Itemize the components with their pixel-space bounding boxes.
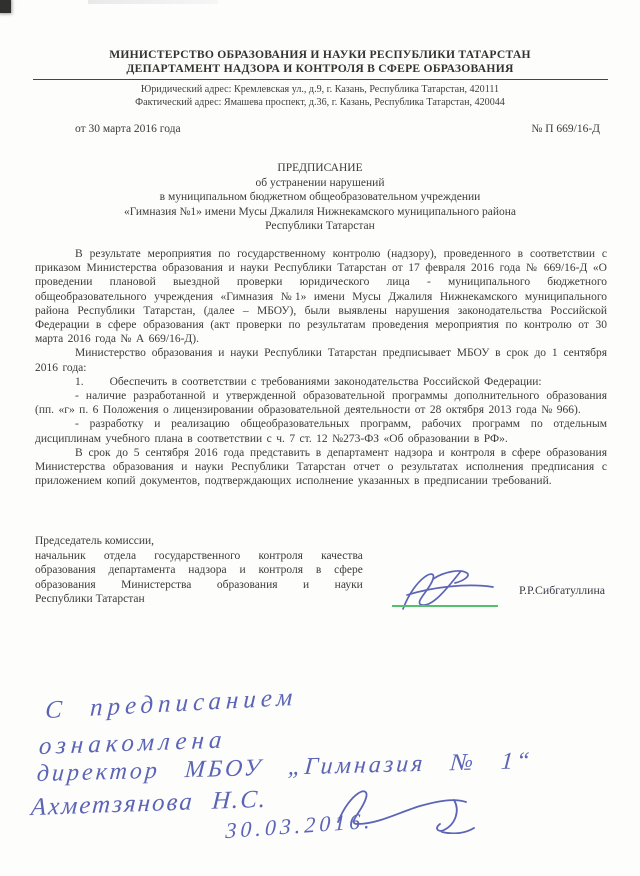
title-line-1: ПРЕДПИСАНИЕ [0,161,640,176]
scan-corner-artifact [0,0,11,13]
signer-line-3: образования департамента надзора и контр… [35,563,363,578]
doc-number: № П 669/16-Д [531,122,600,136]
doc-body: В результате мероприятия по государствен… [35,247,607,488]
paragraph-3-text: Обеспечить в соответствии с требованиями… [110,376,542,388]
signer-line-1: Председатель комиссии, [35,534,363,549]
signature-area [371,565,519,607]
paragraph-2: Министерство образования и науки Республ… [35,346,607,374]
letterhead: МИНИСТЕРСТВО ОБРАЗОВАНИЯ И НАУКИ РЕСПУБЛ… [0,0,640,109]
scan-smudge-artifact [88,0,218,4]
signature-block: Председатель комиссии, начальник отдела … [35,534,605,607]
title-line-3: в муниципальном бюджетном общеобразовате… [0,190,640,205]
paragraph-1: В результате мероприятия по государствен… [35,247,607,346]
paragraph-4: - наличие разработанной и утвержденной о… [35,389,607,417]
legal-address: Юридический адрес: Кремлевская ул., д.9,… [0,83,640,96]
signer-line-5: Республики Татарстан [35,592,363,607]
ministry-name: МИНИСТЕРСТВО ОБРАЗОВАНИЯ И НАУКИ РЕСПУБЛ… [0,48,640,62]
signer-position: Председатель комиссии, начальник отдела … [35,534,363,607]
paragraph-3: 1.Обеспечить в соответствии с требования… [35,375,607,389]
list-number: 1. [75,376,84,388]
department-name: ДЕПАРТАМЕНТ НАДЗОРА И КОНТРОЛЯ В СФЕРЕ О… [0,62,640,76]
paragraph-6: В срок до 5 сентября 2016 года представи… [35,446,607,489]
handwritten-line-acknowledgement-1: С предписанием [45,684,298,725]
signer-line-4: образования Министерства образования и н… [35,578,363,593]
scanned-document-page: МИНИСТЕРСТВО ОБРАЗОВАНИЯ И НАУКИ РЕСПУБЛ… [0,0,640,876]
letterhead-rule [33,79,608,80]
paragraph-5: - разработку и реализацию общеобразовате… [35,417,607,445]
signer-line-2: начальник отдела государственного контро… [35,549,363,564]
doc-meta-row: от 30 марта 2016 года № П 669/16-Д [75,122,600,136]
title-line-5: Республики Татарстан [0,219,640,234]
title-line-4: «Гимназия №1» имени Мусы Джалиля Нижнека… [0,205,640,220]
signer-name: Р.Р.Сибгатуллина [519,583,605,607]
actual-address: Фактический адрес: Ямашева проспект, д.3… [0,96,640,109]
doc-date: от 30 марта 2016 года [75,122,181,136]
addresses: Юридический адрес: Кремлевская ул., д.9,… [0,83,640,109]
title-line-2: об устранении нарушений [0,176,640,191]
doc-title: ПРЕДПИСАНИЕ об устранении нарушений в му… [0,161,640,234]
signature-line [392,605,498,607]
